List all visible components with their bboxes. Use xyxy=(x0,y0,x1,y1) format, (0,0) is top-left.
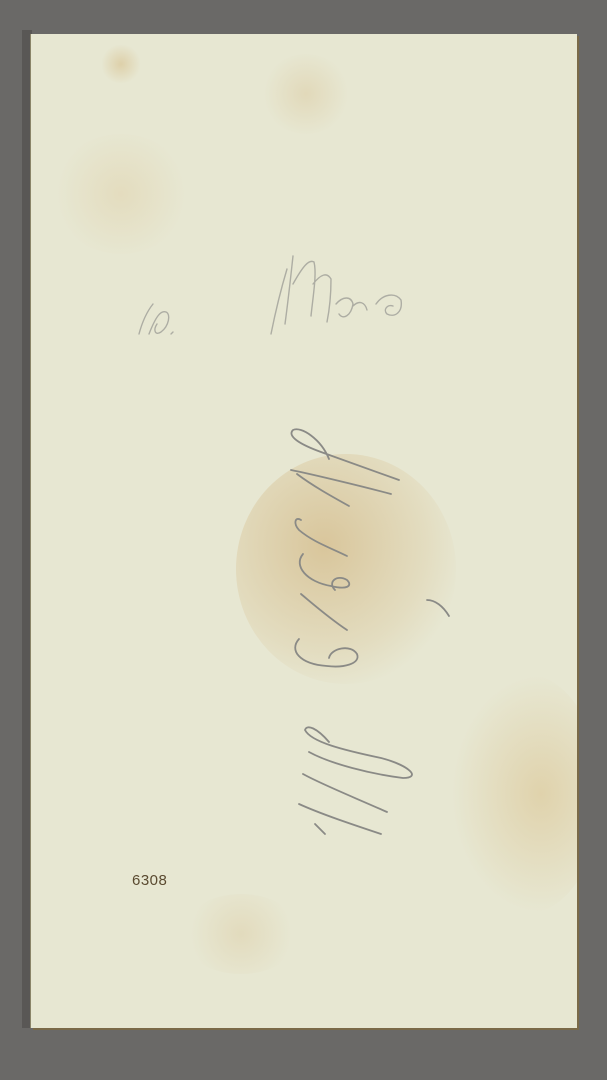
pencil-handwriting xyxy=(31,34,577,1028)
card-back: 6308 xyxy=(31,34,577,1028)
catalog-number: 6308 xyxy=(132,872,167,889)
rotated-inscription xyxy=(291,429,449,834)
faint-inscription xyxy=(139,256,401,334)
